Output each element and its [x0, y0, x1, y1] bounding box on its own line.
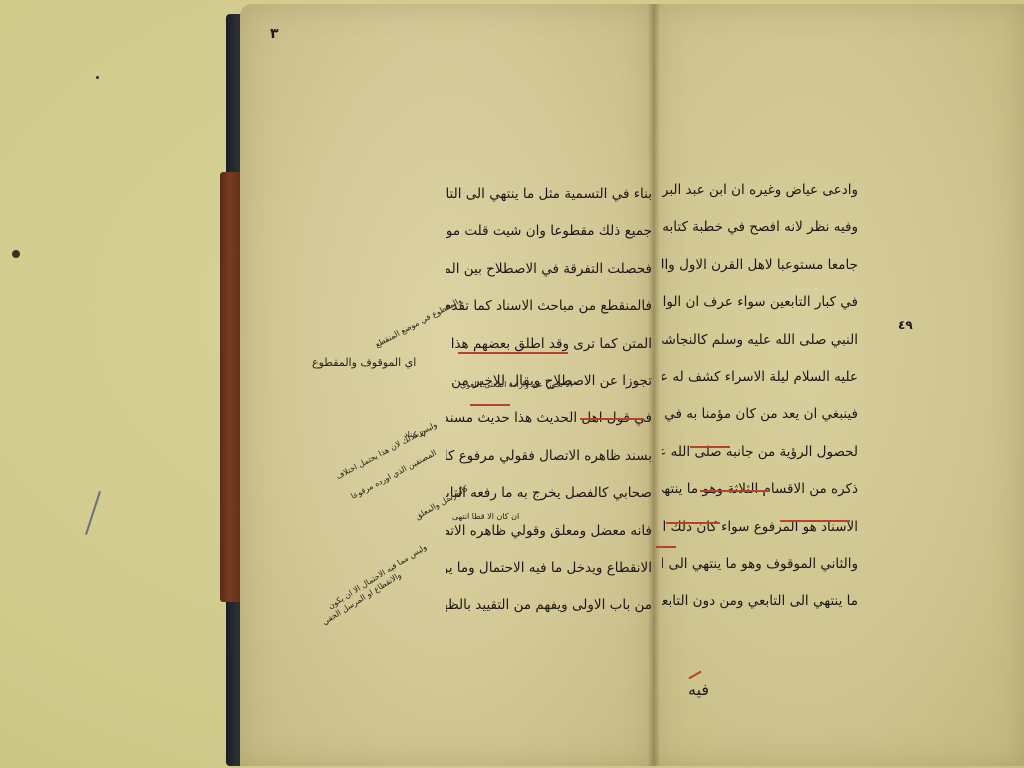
text-line: من باب الاولى ويفهم من التقييد بالظهور ا… — [446, 587, 652, 624]
text-line: بناء في التسمية مثل ما ينتهي الى التابعي… — [446, 176, 652, 213]
rubric-overline — [690, 446, 730, 448]
margin-note: اي الموقوف والمقطوع — [312, 356, 416, 369]
text-line: فينبغي ان يعد من كان مؤمنا به في حياته ف… — [662, 396, 858, 433]
rubric-overline — [666, 522, 720, 524]
text-line: ما ينتهي الى التابعي ومن دون التابعي من … — [662, 583, 858, 620]
corner-folio-mark: ٣ — [270, 26, 279, 42]
text-line: فالمنقطع من مباحث الاسناد كما تقدم والمق… — [446, 288, 652, 325]
text-line: لحصول الرؤية من جانبه صلى الله عليه وسلم… — [662, 434, 858, 471]
interlinear-note: الا تجوزا عنه وارادة المعنى اللغوي — [460, 380, 572, 389]
text-line: صحابي كالفصل يخرج به ما رفعه التابعي فان… — [446, 475, 652, 512]
left-main-text: بناء في التسمية مثل ما ينتهي الى التابعي… — [446, 176, 652, 625]
text-line: جامعا مستوعبا لاهل القرن الاول والصحيح ا… — [662, 247, 858, 284]
text-line: وفيه نظر لانه افصح في خطبة كتابه بانه ان… — [662, 209, 858, 246]
text-line: في كبار التابعين سواء عرف ان الواحد منهم… — [662, 284, 858, 321]
ink-speck — [12, 250, 20, 258]
right-main-text: وادعى عياض وغيره ان ابن عبد البر يقول ان… — [662, 172, 858, 621]
rubric-overline — [470, 404, 510, 406]
rubric-overline — [700, 490, 770, 492]
rubric-overline — [458, 352, 568, 354]
ink-speck — [96, 76, 99, 79]
catchword: فيه — [688, 680, 709, 699]
text-line: وادعى عياض وغيره ان ابن عبد البر يقول ان… — [662, 172, 858, 209]
margin-number: ٤٩ — [898, 318, 913, 332]
rubric-overline — [780, 520, 850, 522]
text-line: جميع ذلك مقطوعا وان شيت قلت موقوفا على ف… — [446, 213, 652, 250]
interlinear-note: ان كان الا قطا انتهى — [452, 512, 519, 521]
text-line: المتن كما ترى وقد اطلق بعضهم هذا في موضع… — [446, 326, 652, 363]
text-line: بسند ظاهره الاتصال فقولي مرفوع كالجنس وق… — [446, 438, 652, 475]
rubric-overline — [580, 418, 644, 420]
text-line: النبي صلى الله عليه وسلم كالنجاشي ام لا … — [662, 322, 858, 359]
text-line: والثاني الموقوف وهو ما ينتهي الى الصحابي… — [662, 546, 858, 583]
margin-note: الاسناد — [404, 430, 426, 439]
rubric-overline — [656, 546, 676, 548]
text-line: عليه السلام ليلة الاسراء كشف له عن جميع … — [662, 359, 858, 396]
text-line: الانقطاع ويدخل ما فيه الاحتمال وما يوجد … — [446, 550, 652, 587]
text-line: الاسناد هو المرفوع سواء كان ذلك الانتهاء… — [662, 509, 858, 546]
text-line: فحصلت التفرقة في الاصطلاح بين المقطوع وا… — [446, 251, 652, 288]
